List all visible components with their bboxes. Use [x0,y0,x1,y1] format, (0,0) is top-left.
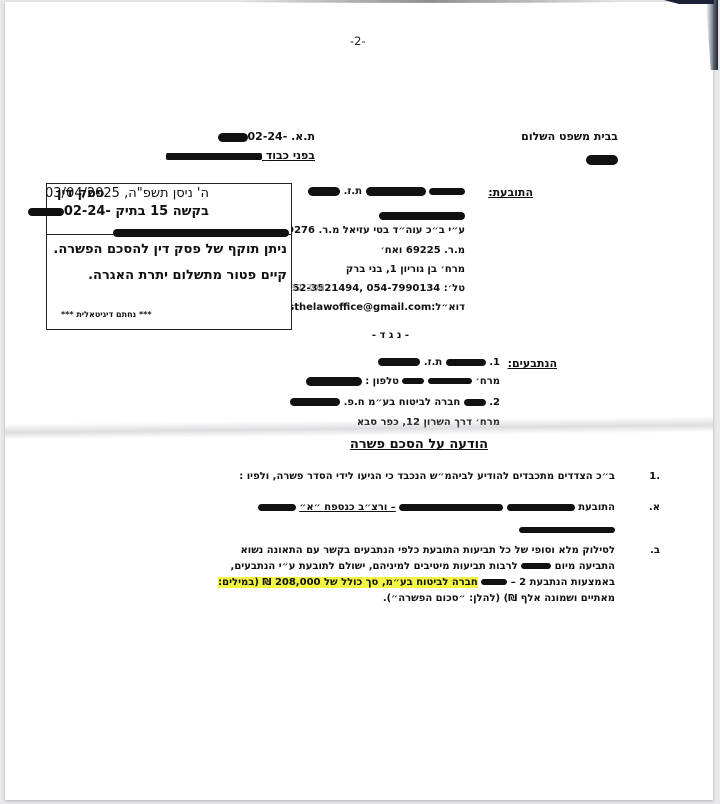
item-a-appendix: – ורצ״ב כנספח ״א״ [299,502,396,513]
versus-divider: - נ ג ד - [372,330,409,341]
stamp-redacted-line [113,222,289,241]
stamp-date-hebrew: ה' ניסן תשפ"ה, [124,186,209,201]
item-b-line-4: מאתיים ושמונה אלף ₪) (להלן: ״סכום הפשרה״… [383,593,615,604]
redacted-plaintiff-address [379,205,465,224]
stamp-title: פסק דין [57,186,104,201]
notice-title: הודעה על הסכם פשרה [350,437,488,452]
defendant-1-number: 1. [489,357,500,368]
item-a-start: התובעת [578,502,615,513]
settlement-amount-highlight: חברה לביטוח בע״מ, סך כולל של 208,000 ₪ (… [218,577,478,588]
defendant-2-number: 2. [489,397,500,408]
redacted-judge-name [166,153,262,160]
defendant-1-line: 1. ת.ז. [378,357,500,368]
plaintiff-id-label: ת.ז. [344,186,362,197]
stamp-digital-signature: *** נחתם דיגיטאלית *** [61,310,152,319]
item-a-redacted-line [519,519,615,538]
email-label: דוא״ל: [431,302,465,313]
defendant-2-line: 2. חברה לביטוח בע״מ ח.פ. [290,397,500,408]
judge-prefix: בפני כבוד [266,149,315,162]
item-b-line-3a: באמצעות הנתבעת 2 – [511,577,615,588]
item-b-line-2: התביעה מיום לרבות תביעות מיטיבים למיניהם… [231,561,615,572]
defendant-2-name: חברה לביטוח בע״מ ח.פ. [344,397,461,408]
stamp-request: בקשה 15 בתיק [115,204,209,219]
item-a-text: התובעת – ורצ״ב כנספח ״א״ [258,502,615,513]
defendants-label: הנתבעים: [508,357,557,370]
case-number-visible: 02-24- [248,130,288,143]
redacted-court-location [586,149,618,168]
stamp-ruling-line-1: ניתן תוקף של פסק דין להסכם הפשרה. [53,242,287,257]
page-number-mark: -2- [350,34,366,48]
item-b-line-2b: לרבות תביעות מיטיבים למיניהם, ישולם לתוב… [231,561,518,572]
section-1-number: .1 [649,471,660,482]
judge-line: בפני כבוד [166,149,315,162]
item-b-line-1: לסילוק מלא וסופי של כל תביעות התובעת כלפ… [241,545,616,556]
attorney-license: מ.ר. 69225 ואח׳ [380,245,465,256]
stamp-request-line: בקשה 15 בתיק 02-24- [28,204,209,219]
stamp-case-number: 02-24- [28,204,111,219]
defendant-1-phone-label: טלפון : [365,376,399,387]
plaintiff-representation: ע״י ב״כ עוה״ד בטי עזיאל מ.ר. 49276 ו/ [270,225,465,236]
defendant-1-id-label: ת.ז. [424,357,442,368]
defendant-1-address-line: מרח׳ טלפון : [306,376,500,387]
item-b-line-2a: התביעה מיום [555,561,615,572]
item-a-label: א. [649,502,660,513]
court-ruling-stamp: ה' ניסן תשפ"ה, 03/04/2025 פסק דין בקשה 1… [46,183,292,330]
section-1-text: ב״כ הצדדים מתכבדים להודיע לביהמ״ש הנכבד … [239,471,615,482]
item-b-line-3: באמצעות הנתבעת 2 – חברה לביטוח בע״מ, סך … [218,577,615,588]
court-name: בבית משפט השלום [521,130,618,143]
item-b-label: ב. [650,545,660,556]
case-number: ת.א. 02-24- [218,130,315,143]
stamp-ruling-line-2: קיים פטור מתשלום יתרת האגרה. [88,268,287,283]
stamp-case-visible: 02-24- [64,204,111,219]
attorney-email-line: דוא״ל:asthelawoffice@gmail.com [282,302,465,313]
plaintiff-label: התובעת: [488,186,533,199]
defendant-1-address-prefix: מרח׳ [475,376,500,387]
plaintiff-name-line: ת.ז. [308,186,465,197]
attorney-email[interactable]: asthelawoffice@gmail.com [282,302,432,313]
case-number-prefix: ת.א. [291,130,315,143]
case-number-value: 02-24- [218,130,288,143]
scan-edge-shadow [240,0,620,3]
attorney-address: מרח׳ בן גוריון 1, בני ברק [346,264,465,275]
